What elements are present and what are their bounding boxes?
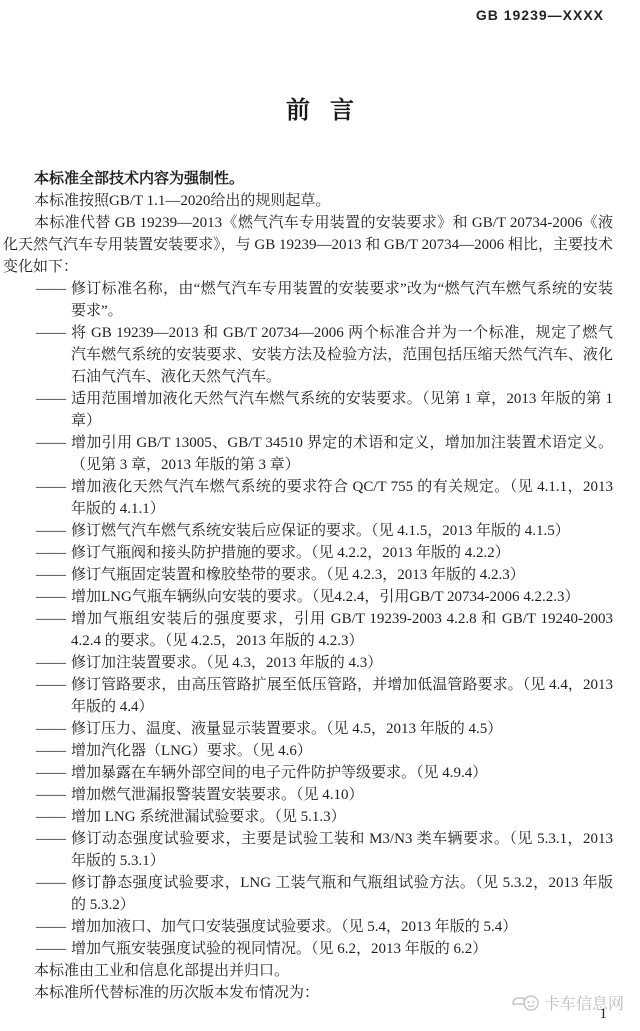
change-text: 增加LNG气瓶车辆纵向安装的要求。（见4.2.4，引用GB/T 20734-20… [71,586,613,608]
dash-marker: —— [36,806,71,828]
dash-marker: —— [36,608,71,630]
change-text: 修订标准名称，由“燃气汽车专用装置的安装要求”改为“燃气汽车燃气系统的安装要求”… [71,278,613,322]
dash-marker: —— [36,542,71,564]
change-item: ——增加加液口、加气口安装强度试验要求。（见 5.4，2013 年版的 5.4） [3,916,613,938]
dash-marker: —— [36,652,71,674]
change-text: 增加 LNG 系统泄漏试验要求。（见 5.1.3） [71,806,613,828]
dash-marker: —— [36,564,71,586]
change-item: ——增加 LNG 系统泄漏试验要求。（见 5.1.3） [3,806,613,828]
dash-marker: —— [36,740,71,762]
change-item: ——增加汽化器（LNG）要求。（见 4.6） [3,740,613,762]
page-number: 1 [600,1006,608,1023]
change-item: ——增加气瓶安装强度试验的视同情况。（见 6.2，2013 年版的 6.2） [3,938,613,960]
document-header: GB 19239—XXXX [476,7,604,23]
dash-marker: —— [36,520,71,542]
dash-marker: —— [36,938,71,960]
document-page: GB 19239—XXXX 前 言 本标准全部技术内容为强制性。本标准按照GB/… [0,0,640,1031]
dash-marker: —— [36,388,71,410]
change-text: 修订燃气汽车燃气系统安装后应保证的要求。（见 4.1.5，2013 年版的 4.… [71,520,613,542]
change-item: ——修订压力、温度、液量显示装置要求。（见 4.5，2013 年版的 4.5） [3,718,613,740]
intro-paragraph: 本标准全部技术内容为强制性。 [3,168,613,190]
change-item: ——增加LNG气瓶车辆纵向安装的要求。（见4.2.4，引用GB/T 20734-… [3,586,613,608]
change-text: 增加气瓶组安装后的强度要求，引用 GB/T 19239-2003 4.2.8 和… [71,608,613,652]
change-item: ——修订气瓶阀和接头防护措施的要求。（见 4.2.2，2013 年版的 4.2.… [3,542,613,564]
change-item: ——增加引用 GB/T 13005、GB/T 34510 界定的术语和定义，增加… [3,432,613,476]
change-text: 增加液化天然气汽车燃气系统的要求符合 QC/T 755 的有关规定。（见 4.1… [71,476,613,520]
intro-paragraph: 本标准代替 GB 19239—2013《燃气汽车专用装置的安装要求》和 GB/T… [3,212,613,278]
dash-marker: —— [36,674,71,696]
change-text: 增加加液口、加气口安装强度试验要求。（见 5.4，2013 年版的 5.4） [71,916,613,938]
change-text: 修订管路要求，由高压管路扩展至低压管路，并增加低温管路要求。（见 4.4，201… [71,674,613,718]
change-text: 增加引用 GB/T 13005、GB/T 34510 界定的术语和定义，增加加注… [71,432,613,476]
dash-marker: —— [36,916,71,938]
change-item: ——修订燃气汽车燃气系统安装后应保证的要求。（见 4.1.5，2013 年版的 … [3,520,613,542]
standard-code: GB 19239—XXXX [476,7,604,23]
change-item: ——修订加注装置要求。（见 4.3，2013 年版的 4.3） [3,652,613,674]
page-title: 前 言 [0,90,640,125]
document-body: 本标准全部技术内容为强制性。本标准按照GB/T 1.1—2020给出的规则起草。… [3,168,613,1004]
change-text: 修订压力、温度、液量显示装置要求。（见 4.5，2013 年版的 4.5） [71,718,613,740]
change-text: 增加汽化器（LNG）要求。（见 4.6） [71,740,613,762]
change-item: ——增加液化天然气汽车燃气系统的要求符合 QC/T 755 的有关规定。（见 4… [3,476,613,520]
dash-marker: —— [36,278,71,300]
change-item: ——将 GB 19239—2013 和 GB/T 20734—2006 两个标准… [3,322,613,388]
watermark: 卡车信息网 [511,991,624,1014]
change-text: 适用范围增加液化天然气汽车燃气系统的安装要求。（见第 1 章，2013 年版的第… [71,388,613,432]
change-item: ——修订标准名称，由“燃气汽车专用装置的安装要求”改为“燃气汽车燃气系统的安装要… [3,278,613,322]
change-item: ——适用范围增加液化天然气汽车燃气系统的安装要求。（见第 1 章，2013 年版… [3,388,613,432]
change-text: 修订动态强度试验要求，主要是试验工装和 M3/N3 类车辆要求。（见 5.3.1… [71,828,613,872]
change-text: 增加气瓶安装强度试验的视同情况。（见 6.2，2013 年版的 6.2） [71,938,613,960]
outro-paragraph: 本标准由工业和信息化部提出并归口。 [3,960,613,982]
change-item: ——增加气瓶组安装后的强度要求，引用 GB/T 19239-2003 4.2.8… [3,608,613,652]
change-text: 修订静态强度试验要求，LNG 工装气瓶和气瓶组试验方法。（见 5.3.2，201… [71,872,613,916]
dash-marker: —— [36,322,71,344]
change-item: ——增加暴露在车辆外部空间的电子元件防护等级要求。（见 4.9.4） [3,762,613,784]
change-text: 修订气瓶阀和接头防护措施的要求。（见 4.2.2，2013 年版的 4.2.2） [71,542,613,564]
dash-marker: —— [36,762,71,784]
dash-marker: —— [36,872,71,894]
change-item: ——增加燃气泄漏报警装置安装要求。（见 4.10） [3,784,613,806]
change-item: ——修订管路要求，由高压管路扩展至低压管路，并增加低温管路要求。（见 4.4，2… [3,674,613,718]
change-text: 增加暴露在车辆外部空间的电子元件防护等级要求。（见 4.9.4） [71,762,613,784]
change-item: ——修订静态强度试验要求，LNG 工装气瓶和气瓶组试验方法。（见 5.3.2，2… [3,872,613,916]
dash-marker: —— [36,718,71,740]
change-text: 将 GB 19239—2013 和 GB/T 20734—2006 两个标准合并… [71,322,613,388]
dash-marker: —— [36,828,71,850]
change-text: 修订气瓶固定装置和橡胶垫带的要求。（见 4.2.3，2013 年版的 4.2.3… [71,564,613,586]
watermark-text: 卡车信息网 [544,991,624,1014]
change-item: ——修订动态强度试验要求，主要是试验工装和 M3/N3 类车辆要求。（见 5.3… [3,828,613,872]
change-text: 修订加注装置要求。（见 4.3，2013 年版的 4.3） [71,652,613,674]
truck-logo-icon [511,994,541,1012]
changes-list: ——修订标准名称，由“燃气汽车专用装置的安装要求”改为“燃气汽车燃气系统的安装要… [3,278,613,960]
change-item: ——修订气瓶固定装置和橡胶垫带的要求。（见 4.2.3，2013 年版的 4.2… [3,564,613,586]
dash-marker: —— [36,476,71,498]
dash-marker: —— [36,784,71,806]
dash-marker: —— [36,432,71,454]
change-text: 增加燃气泄漏报警装置安装要求。（见 4.10） [71,784,613,806]
intro-paragraphs: 本标准全部技术内容为强制性。本标准按照GB/T 1.1—2020给出的规则起草。… [3,168,613,278]
intro-paragraph: 本标准按照GB/T 1.1—2020给出的规则起草。 [3,190,613,212]
dash-marker: —— [36,586,71,608]
